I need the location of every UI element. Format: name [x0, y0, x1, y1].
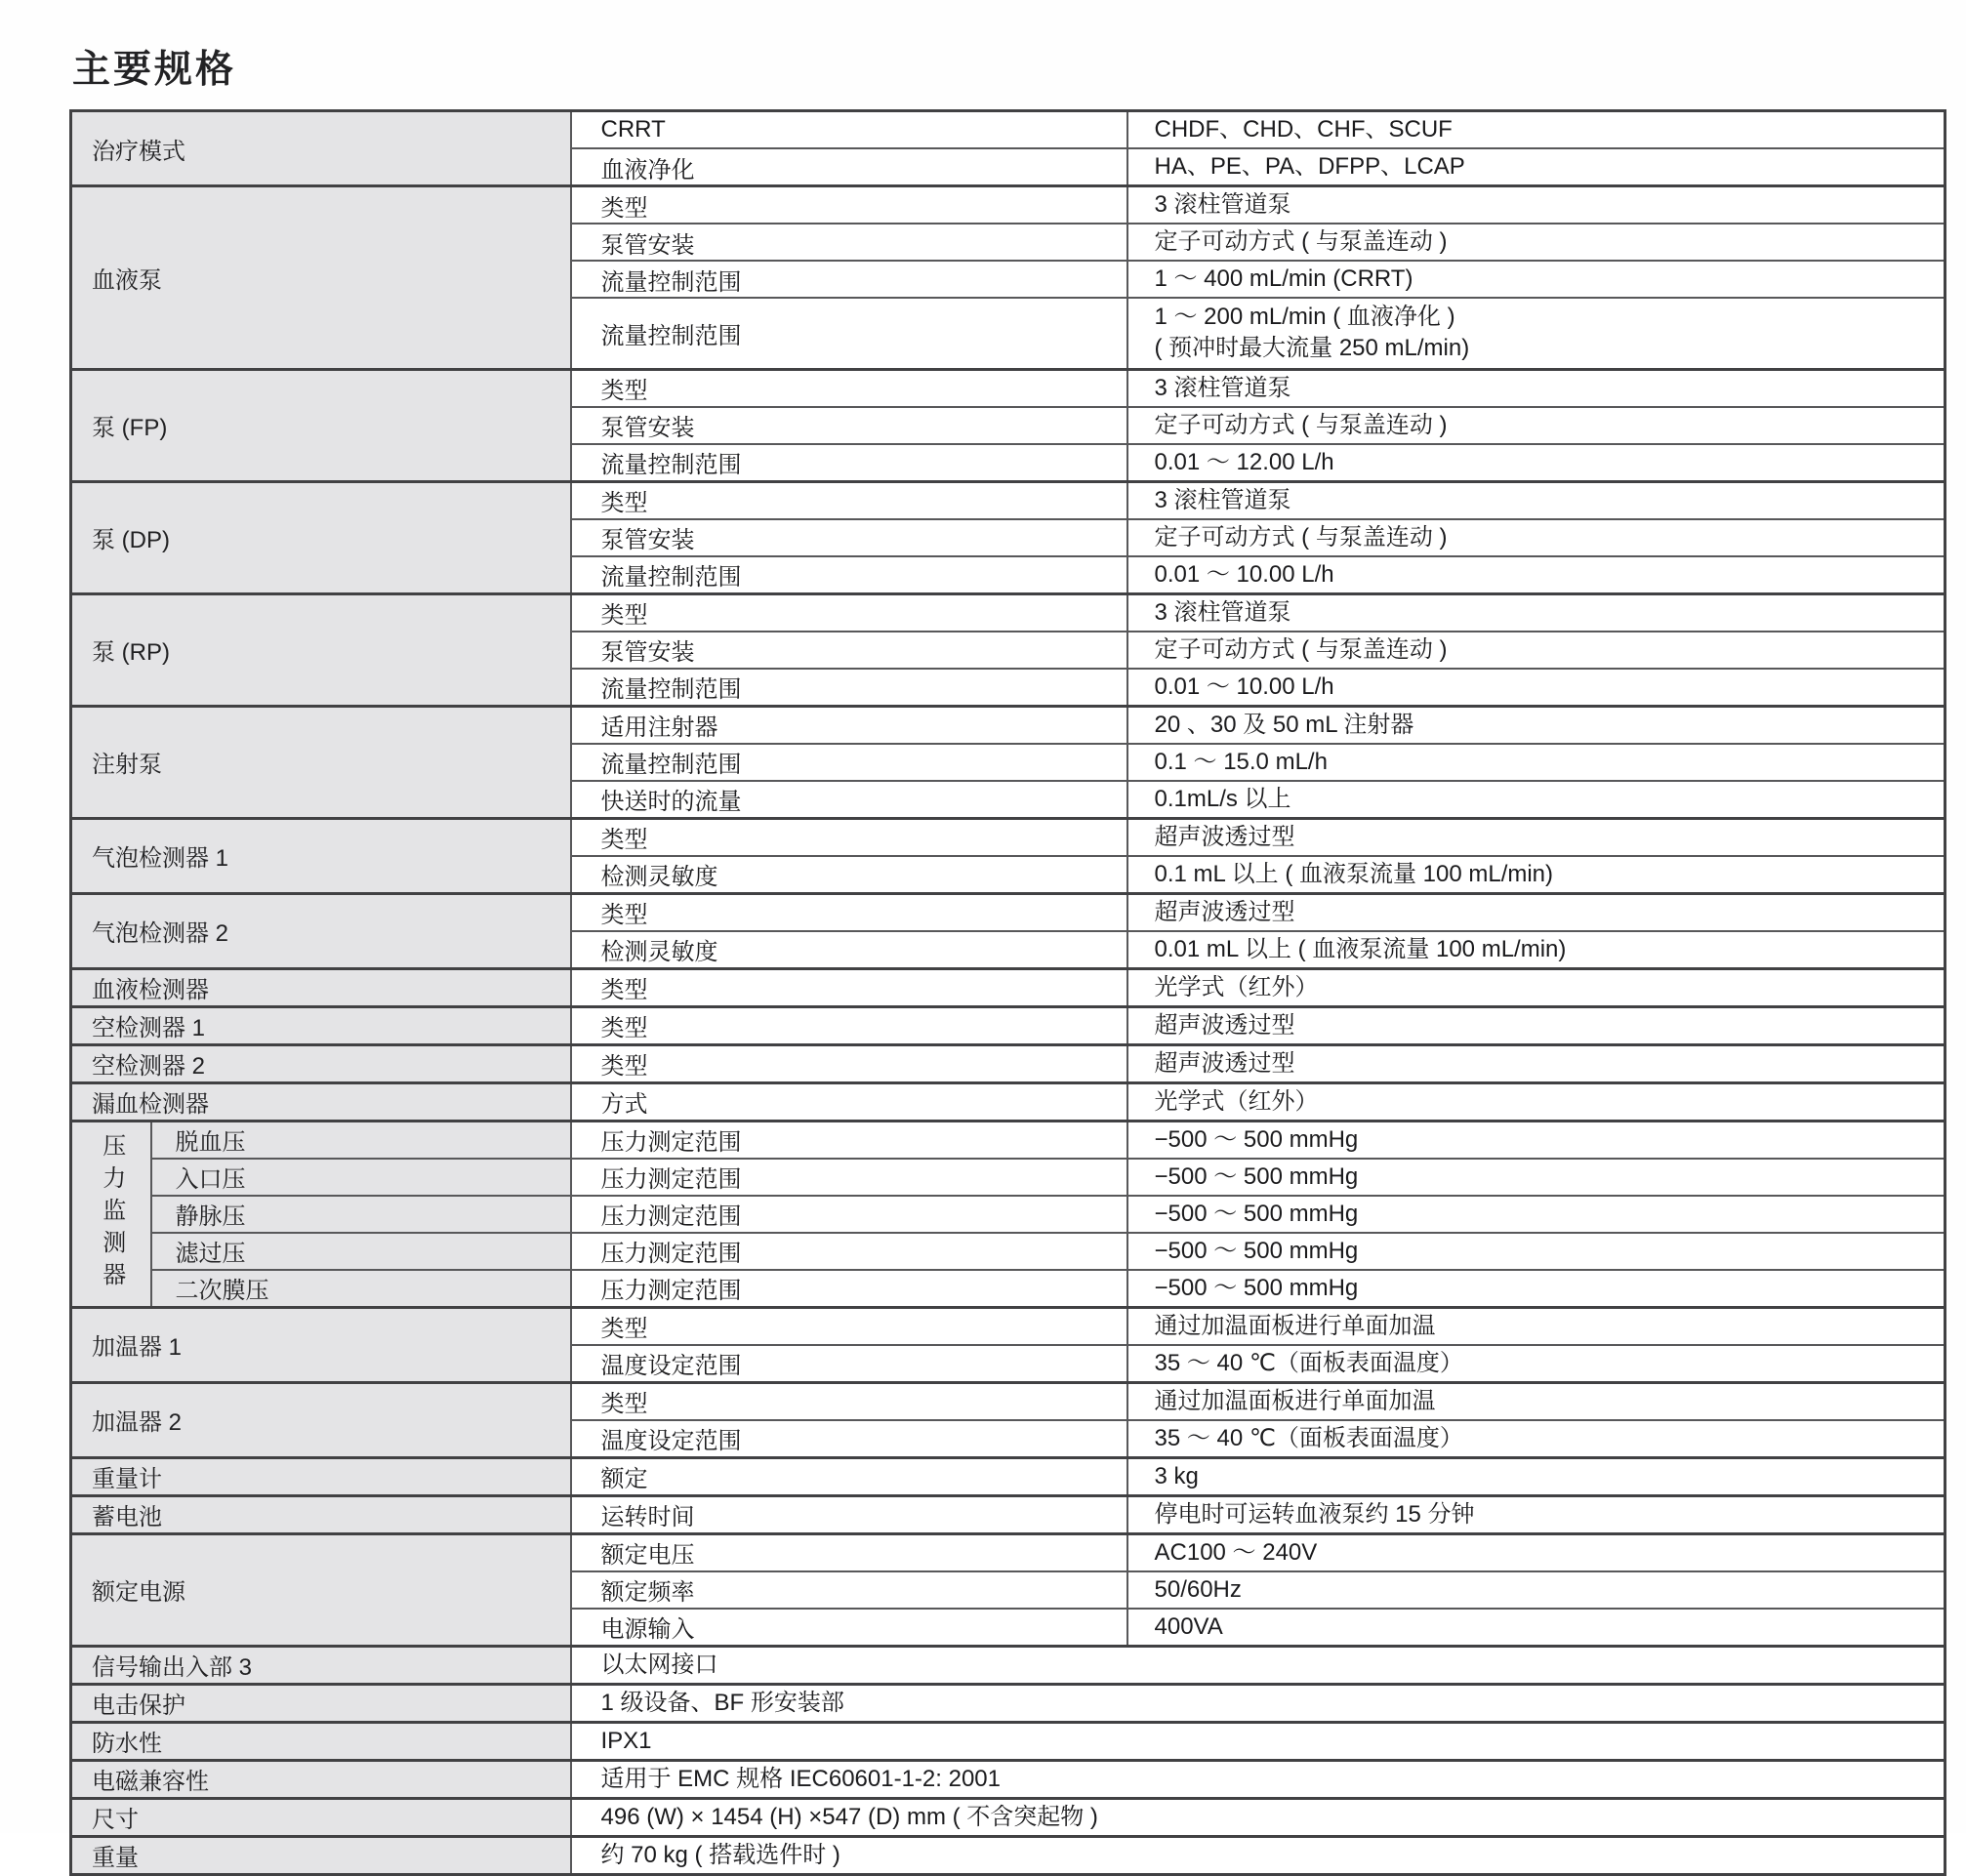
spec-value: 3 kg: [1127, 1457, 1946, 1495]
spec-item: 类型: [571, 968, 1127, 1006]
spec-value: 3 滚柱管道泵: [1127, 481, 1946, 519]
spec-category: 尺寸: [71, 1798, 571, 1836]
spec-value: IPX1: [571, 1722, 1946, 1760]
spec-item: 类型: [571, 1044, 1127, 1082]
spec-table-body: 治疗模式CRRTCHDF、CHD、CHF、SCUF血液净化HA、PE、PA、DF…: [71, 111, 1946, 1875]
spec-value: 3 滚柱管道泵: [1127, 186, 1946, 224]
spec-value: 0.01 ～ 10.00 L/h: [1127, 669, 1946, 707]
spec-value-line2: ( 预冲时最大流量 250 mL/min): [1155, 333, 1945, 364]
spec-row: 电磁兼容性适用于 EMC 规格 IEC60601-1-2: 2001: [71, 1760, 1946, 1798]
spec-item: 类型: [571, 1382, 1127, 1420]
spec-item: 压力测定范围: [571, 1159, 1127, 1196]
spec-row: 入口压压力测定范围−500 ～ 500 mmHg: [71, 1159, 1946, 1196]
spec-value: −500 ～ 500 mmHg: [1127, 1233, 1946, 1270]
spec-item: CRRT: [571, 111, 1127, 149]
spec-value: 0.01 mL 以上 ( 血液泵流量 100 mL/min): [1127, 931, 1946, 969]
spec-item: 泵管安装: [571, 632, 1127, 669]
spec-category: 电击保护: [71, 1684, 571, 1722]
spec-item: 检测灵敏度: [571, 856, 1127, 894]
spec-item: 类型: [571, 818, 1127, 856]
spec-item: 快送时的流量: [571, 781, 1127, 819]
spec-value: HA、PE、PA、DFPP、LCAP: [1127, 148, 1946, 186]
spec-row: 泵 (RP)类型3 滚柱管道泵: [71, 593, 1946, 632]
spec-value: −500 ～ 500 mmHg: [1127, 1196, 1946, 1233]
spec-value: 超声波透过型: [1127, 1044, 1946, 1082]
page: 主要规格 治疗模式CRRTCHDF、CHD、CHF、SCUF血液净化HA、PE、…: [0, 0, 1966, 1833]
spec-category: 血液检测器: [71, 968, 571, 1006]
spec-row: 额定电源额定电压AC100 ～ 240V: [71, 1533, 1946, 1571]
spec-value: 3 滚柱管道泵: [1127, 593, 1946, 632]
spec-value-line1: 1 ～ 200 mL/min ( 血液净化 ): [1155, 302, 1945, 333]
spec-value: 超声波透过型: [1127, 818, 1946, 856]
spec-subcategory: 滤过压: [151, 1233, 571, 1270]
spec-item: 流量控制范围: [571, 744, 1127, 781]
spec-value: 3 滚柱管道泵: [1127, 369, 1946, 407]
spec-value: 约 70 kg ( 搭载选件时 ): [571, 1836, 1946, 1874]
spec-item: 类型: [571, 893, 1127, 931]
spec-row: 电击保护1 级设备、BF 形安装部: [71, 1684, 1946, 1722]
spec-row: 气泡检测器 2类型超声波透过型: [71, 893, 1946, 931]
spec-value: 20 、30 及 50 mL 注射器: [1127, 706, 1946, 744]
spec-row: 滤过压压力测定范围−500 ～ 500 mmHg: [71, 1233, 1946, 1270]
spec-value: 496 (W) × 1454 (H) ×547 (D) mm ( 不含突起物 ): [571, 1798, 1946, 1836]
spec-category: 信号输出入部 3: [71, 1646, 571, 1684]
spec-value: 1 级设备、BF 形安装部: [571, 1684, 1946, 1722]
spec-category: 漏血检测器: [71, 1082, 571, 1121]
spec-item: 类型: [571, 481, 1127, 519]
spec-category: 空检测器 2: [71, 1044, 571, 1082]
spec-item: 方式: [571, 1082, 1127, 1121]
spec-value: CHDF、CHD、CHF、SCUF: [1127, 111, 1946, 149]
spec-item: 检测灵敏度: [571, 931, 1127, 969]
spec-value: AC100 ～ 240V: [1127, 1533, 1946, 1571]
spec-value: 0.1 mL 以上 ( 血液泵流量 100 mL/min): [1127, 856, 1946, 894]
spec-row: 重量计额定3 kg: [71, 1457, 1946, 1495]
spec-item: 流量控制范围: [571, 444, 1127, 482]
spec-item: 压力测定范围: [571, 1270, 1127, 1308]
spec-value: 以太网接口: [571, 1646, 1946, 1684]
spec-value: 35 ～ 40 ℃（面板表面温度）: [1127, 1420, 1946, 1458]
spec-value: 35 ～ 40 ℃（面板表面温度）: [1127, 1345, 1946, 1383]
spec-row: 信号输出入部 3以太网接口: [71, 1646, 1946, 1684]
spec-item: 血液净化: [571, 148, 1127, 186]
spec-value: 通过加温面板进行单面加温: [1127, 1382, 1946, 1420]
spec-value: 通过加温面板进行单面加温: [1127, 1307, 1946, 1345]
spec-category: 泵 (DP): [71, 481, 571, 593]
spec-item: 额定频率: [571, 1571, 1127, 1609]
spec-item: 类型: [571, 186, 1127, 224]
spec-item: 适用注射器: [571, 706, 1127, 744]
spec-category: 额定电源: [71, 1533, 571, 1646]
spec-value: −500 ～ 500 mmHg: [1127, 1159, 1946, 1196]
spec-item: 压力测定范围: [571, 1196, 1127, 1233]
spec-category-cell: 压力监测器: [71, 1121, 151, 1307]
spec-subcategory: 二次膜压: [151, 1270, 571, 1308]
spec-value: 定子可动方式 ( 与泵盖连动 ): [1127, 407, 1946, 444]
spec-item: 流量控制范围: [571, 556, 1127, 594]
spec-row: 气泡检测器 1类型超声波透过型: [71, 818, 1946, 856]
spec-item: 运转时间: [571, 1495, 1127, 1533]
spec-category: 重量计: [71, 1457, 571, 1495]
spec-item: 额定: [571, 1457, 1127, 1495]
spec-category: 防水性: [71, 1722, 571, 1760]
spec-value: 超声波透过型: [1127, 893, 1946, 931]
spec-item: 压力测定范围: [571, 1233, 1127, 1270]
spec-value: 1 ～ 200 mL/min ( 血液净化 )( 预冲时最大流量 250 mL/…: [1127, 298, 1946, 369]
spec-value: 光学式（红外）: [1127, 968, 1946, 1006]
spec-row: 注射泵适用注射器20 、30 及 50 mL 注射器: [71, 706, 1946, 744]
spec-value: 超声波透过型: [1127, 1006, 1946, 1044]
spec-value: 0.01 ～ 12.00 L/h: [1127, 444, 1946, 482]
spec-category: 蓄电池: [71, 1495, 571, 1533]
spec-row: 加温器 1类型通过加温面板进行单面加温: [71, 1307, 1946, 1345]
spec-category: 泵 (FP): [71, 369, 571, 481]
spec-value: 适用于 EMC 规格 IEC60601-1-2: 2001: [571, 1760, 1946, 1798]
spec-item: 压力测定范围: [571, 1121, 1127, 1159]
spec-subcategory: 脱血压: [151, 1121, 571, 1159]
spec-row: 防水性IPX1: [71, 1722, 1946, 1760]
spec-category: 气泡检测器 2: [71, 893, 571, 968]
spec-category: 加温器 2: [71, 1382, 571, 1457]
spec-value: 0.1 ～ 15.0 mL/h: [1127, 744, 1946, 781]
spec-value: −500 ～ 500 mmHg: [1127, 1121, 1946, 1159]
spec-value: 50/60Hz: [1127, 1571, 1946, 1609]
spec-value: 定子可动方式 ( 与泵盖连动 ): [1127, 519, 1946, 556]
spec-row: 蓄电池运转时间停电时可运转血液泵约 15 分钟: [71, 1495, 1946, 1533]
spec-item: 温度设定范围: [571, 1345, 1127, 1383]
spec-value: 定子可动方式 ( 与泵盖连动 ): [1127, 224, 1946, 261]
spec-value: 0.1mL/s 以上: [1127, 781, 1946, 819]
spec-value: −500 ～ 500 mmHg: [1127, 1270, 1946, 1308]
spec-row: 尺寸496 (W) × 1454 (H) ×547 (D) mm ( 不含突起物…: [71, 1798, 1946, 1836]
spec-value: 0.01 ～ 10.00 L/h: [1127, 556, 1946, 594]
spec-category: 血液泵: [71, 186, 571, 370]
spec-value: 光学式（红外）: [1127, 1082, 1946, 1121]
spec-row: 治疗模式CRRTCHDF、CHD、CHF、SCUF: [71, 111, 1946, 149]
spec-item: 泵管安装: [571, 519, 1127, 556]
spec-value: 1 ～ 400 mL/min (CRRT): [1127, 261, 1946, 298]
spec-item: 流量控制范围: [571, 261, 1127, 298]
spec-row: 漏血检测器方式光学式（红外）: [71, 1082, 1946, 1121]
spec-subcategory: 静脉压: [151, 1196, 571, 1233]
spec-value: 400VA: [1127, 1609, 1946, 1647]
spec-row: 加温器 2类型通过加温面板进行单面加温: [71, 1382, 1946, 1420]
spec-category: 电磁兼容性: [71, 1760, 571, 1798]
spec-row: 泵 (FP)类型3 滚柱管道泵: [71, 369, 1946, 407]
spec-category: 注射泵: [71, 706, 571, 818]
spec-item: 泵管安装: [571, 407, 1127, 444]
spec-row: 静脉压压力测定范围−500 ～ 500 mmHg: [71, 1196, 1946, 1233]
spec-row: 空检测器 1类型超声波透过型: [71, 1006, 1946, 1044]
spec-category: 气泡检测器 1: [71, 818, 571, 893]
spec-value: 停电时可运转血液泵约 15 分钟: [1127, 1495, 1946, 1533]
spec-row: 血液检测器类型光学式（红外）: [71, 968, 1946, 1006]
spec-table: 治疗模式CRRTCHDF、CHD、CHF、SCUF血液净化HA、PE、PA、DF…: [69, 109, 1946, 1876]
spec-item: 额定电压: [571, 1533, 1127, 1571]
spec-row: 泵 (DP)类型3 滚柱管道泵: [71, 481, 1946, 519]
page-title: 主要规格: [72, 39, 236, 94]
spec-item: 类型: [571, 1006, 1127, 1044]
spec-row: 二次膜压压力测定范围−500 ～ 500 mmHg: [71, 1270, 1946, 1308]
spec-row: 重量约 70 kg ( 搭载选件时 ): [71, 1836, 1946, 1874]
spec-category: 治疗模式: [71, 111, 571, 186]
spec-item: 温度设定范围: [571, 1420, 1127, 1458]
spec-item: 流量控制范围: [571, 298, 1127, 369]
spec-category: 加温器 1: [71, 1307, 571, 1382]
spec-row: 空检测器 2类型超声波透过型: [71, 1044, 1946, 1082]
spec-row: 血液泵类型3 滚柱管道泵: [71, 186, 1946, 224]
spec-item: 泵管安装: [571, 224, 1127, 261]
spec-row: 压力监测器脱血压压力测定范围−500 ～ 500 mmHg: [71, 1121, 1946, 1159]
spec-category: 空检测器 1: [71, 1006, 571, 1044]
spec-item: 电源输入: [571, 1609, 1127, 1647]
spec-item: 类型: [571, 369, 1127, 407]
spec-item: 类型: [571, 593, 1127, 632]
spec-value: 定子可动方式 ( 与泵盖连动 ): [1127, 632, 1946, 669]
spec-category: 泵 (RP): [71, 593, 571, 706]
spec-item: 流量控制范围: [571, 669, 1127, 707]
spec-category: 重量: [71, 1836, 571, 1874]
spec-item: 类型: [571, 1307, 1127, 1345]
spec-subcategory: 入口压: [151, 1159, 571, 1196]
spec-category-vertical-label: 压力监测器: [73, 1133, 149, 1294]
